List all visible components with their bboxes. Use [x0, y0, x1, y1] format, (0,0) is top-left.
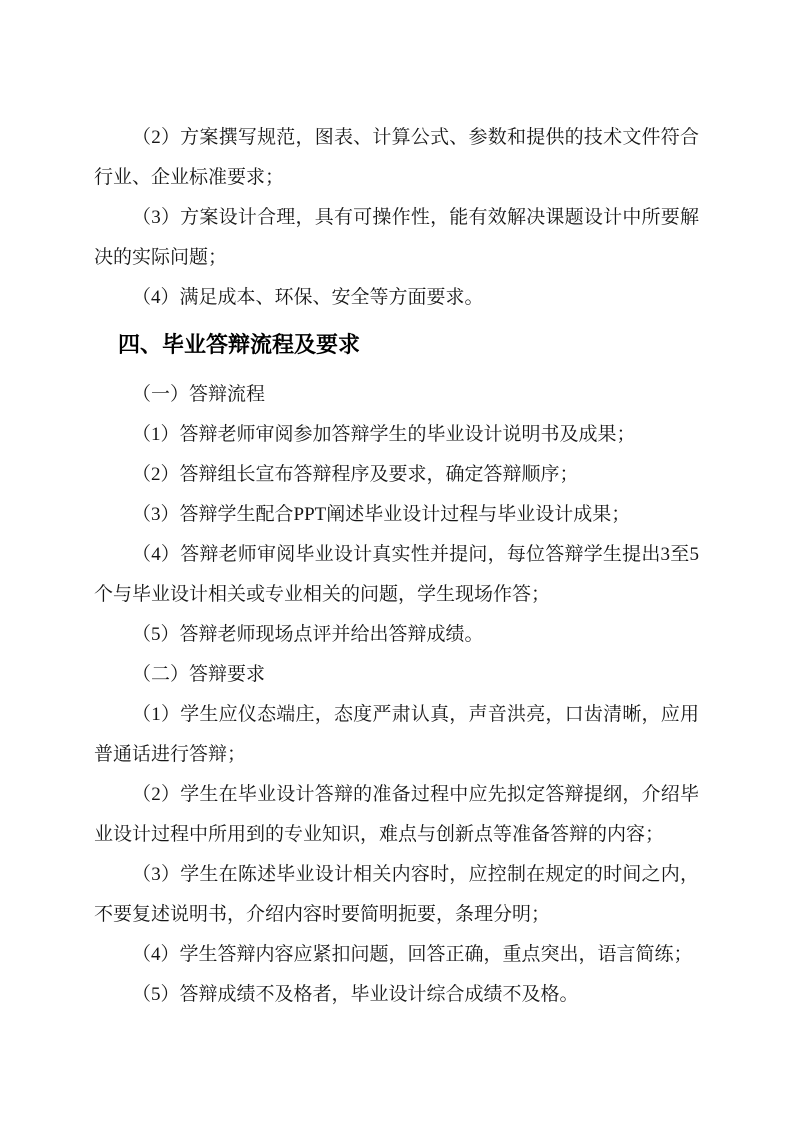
paragraph: （3）答辩学生配合PPT阐述毕业设计过程与毕业设计成果；	[94, 495, 699, 535]
paragraph: （4）答辩老师审阅毕业设计真实性并提问，每位答辩学生提出3至5个与毕业设计相关或…	[94, 535, 699, 615]
paragraph: （一）答辩流程	[94, 375, 699, 415]
paragraph: （2）答辩组长宣布答辩程序及要求，确定答辩顺序；	[94, 455, 699, 495]
paragraph: （二）答辩要求	[94, 655, 699, 695]
paragraph: （2）学生在毕业设计答辩的准备过程中应先拟定答辩提纲，介绍毕业设计过程中所用到的…	[94, 775, 699, 855]
paragraph: （4）学生答辩内容应紧扣问题，回答正确，重点突出，语言简练；	[94, 935, 699, 975]
paragraph: （1）答辩老师审阅参加答辩学生的毕业设计说明书及成果；	[94, 415, 699, 455]
paragraph: （2）方案撰写规范，图表、计算公式、参数和提供的技术文件符合行业、企业标准要求；	[94, 118, 699, 198]
section-heading: 四、毕业答辩流程及要求	[94, 325, 699, 365]
paragraph: （3）方案设计合理，具有可操作性，能有效解决课题设计中所要解决的实际问题；	[94, 198, 699, 278]
document-page: （2）方案撰写规范，图表、计算公式、参数和提供的技术文件符合行业、企业标准要求；…	[0, 0, 793, 1122]
paragraph: （5）答辩成绩不及格者，毕业设计综合成绩不及格。	[94, 975, 699, 1015]
paragraph: （1）学生应仪态端庄，态度严肃认真，声音洪亮，口齿清晰，应用普通话进行答辩；	[94, 695, 699, 775]
document-content: （2）方案撰写规范，图表、计算公式、参数和提供的技术文件符合行业、企业标准要求；…	[94, 118, 699, 1015]
paragraph: （3）学生在陈述毕业设计相关内容时，应控制在规定的时间之内，不要复述说明书，介绍…	[94, 855, 699, 935]
paragraph: （4）满足成本、环保、安全等方面要求。	[94, 278, 699, 318]
paragraph: （5）答辩老师现场点评并给出答辩成绩。	[94, 615, 699, 655]
